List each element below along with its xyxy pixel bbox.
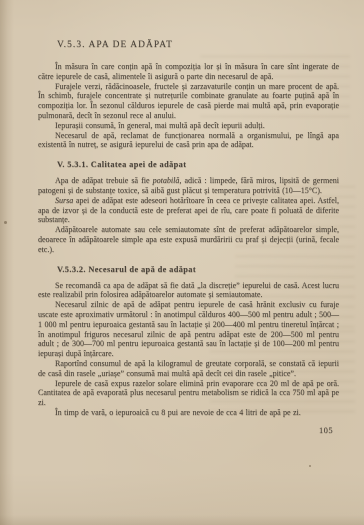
text-run: În timp de vară, o iepuroaică cu 8 pui a… xyxy=(55,408,301,417)
text-block: V.5.3. APA DE ADĂPAT În măsura în care c… xyxy=(38,40,339,436)
text-run: Necesarul zilnic de apă de adăpat pentru… xyxy=(38,300,339,358)
section-heading-water-quality: V. 5.3.1. Calitatea apei de adăpat xyxy=(57,160,339,170)
text-run: Iepurele de casă expus razelor solare el… xyxy=(38,379,339,408)
page-title: V.5.3. APA DE ADĂPAT xyxy=(57,40,339,51)
text-run: Necesarul de apă, reclamat de funcționar… xyxy=(38,131,339,150)
text-run: Furajele verzi, rădăcinoasele, fructele … xyxy=(38,82,339,120)
italic-text-run: potabilă xyxy=(153,176,180,185)
italic-text-run: Sursa xyxy=(55,196,73,205)
text-run: Adăpătoarele automate sau cele semiautom… xyxy=(38,225,339,254)
body-paragraph: Furajele verzi, rădăcinoasele, fructele … xyxy=(38,82,339,121)
body-paragraph: Raportînd consumul de apă la kilogramul … xyxy=(38,359,339,379)
ink-speck xyxy=(4,221,7,224)
body-paragraph: În timp de vară, o iepuroaică cu 8 pui a… xyxy=(38,408,339,418)
body-paragraph: Apa de adăpat trebuie să fie potabilă, a… xyxy=(38,176,339,196)
body-paragraph: Iepurașii consumă, în general, mai multă… xyxy=(38,121,339,131)
page-number: 105 xyxy=(38,426,339,436)
body-paragraph: Se recomandă ca apa de adăpat să fie dat… xyxy=(38,281,339,301)
section-heading-water-requirement: V.5.3.2. Necesarul de apă de adăpat xyxy=(57,265,339,275)
body-paragraph: Necesarul de apă, reclamat de funcționar… xyxy=(38,131,339,151)
body-paragraph: Sursa apei de adăpat este adeseori hotăr… xyxy=(38,196,339,225)
scanned-book-page: V.5.3. APA DE ADĂPAT În măsura în care c… xyxy=(0,0,364,525)
text-run: apei de adăpat este adeseori hotărîtoare… xyxy=(38,196,339,225)
body-paragraph: Iepurele de casă expus razelor solare el… xyxy=(38,379,339,408)
bottom-edge-shadow xyxy=(0,515,364,525)
text-run: Iepurașii consumă, în general, mai multă… xyxy=(55,121,265,130)
ink-speck xyxy=(309,465,311,467)
text-run: Apa de adăpat trebuie să fie xyxy=(55,176,153,185)
body-paragraph: În măsura în care conțin apă în compoziț… xyxy=(38,62,339,82)
text-run: În măsura în care conțin apă în compoziț… xyxy=(38,62,339,81)
body-paragraph: Adăpătoarele automate sau cele semiautom… xyxy=(38,225,339,254)
text-run: Se recomandă ca apa de adăpat să fie dat… xyxy=(38,281,339,300)
text-run: Raportînd consumul de apă la kilogramul … xyxy=(38,359,339,378)
body-paragraph: Necesarul zilnic de apă de adăpat pentru… xyxy=(38,300,339,359)
binding-edge-shadow xyxy=(0,0,14,525)
